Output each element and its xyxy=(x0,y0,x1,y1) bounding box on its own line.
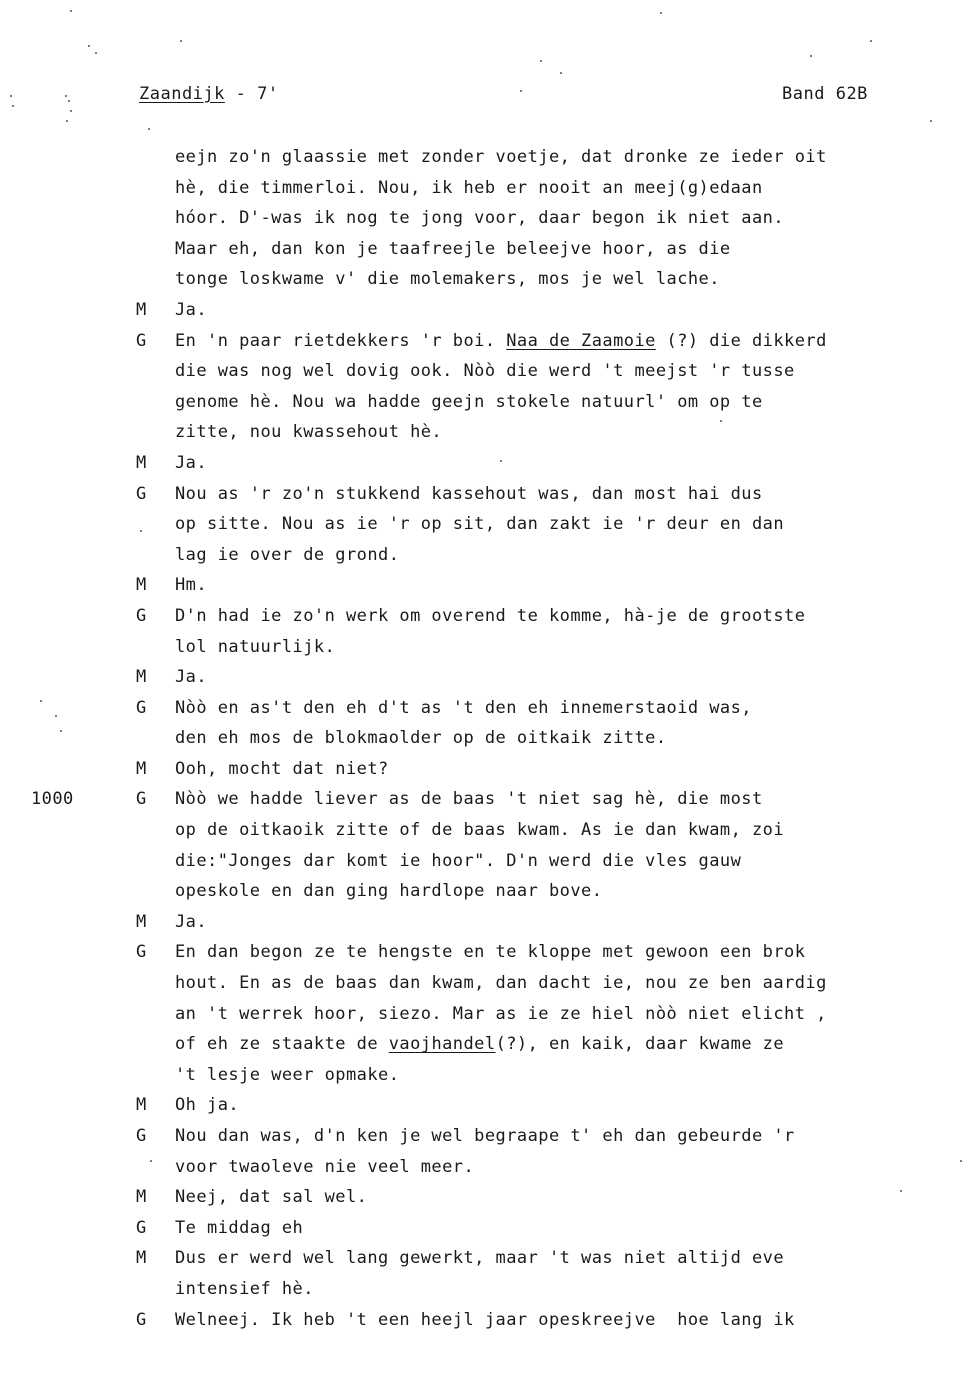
text-segment: eejn zo'n glaassie met zonder voetje, da… xyxy=(175,147,827,167)
speck xyxy=(60,730,62,732)
speck xyxy=(10,95,12,97)
text-segment: En dan begon ze te hengste en te kloppe … xyxy=(175,942,805,962)
speaker-label: M xyxy=(136,448,147,479)
line-text: die:"Jonges dar komt ie hoor". D'n werd … xyxy=(175,846,741,877)
speaker-label: G xyxy=(136,693,147,724)
speck xyxy=(12,105,14,107)
text-segment: 't lesje weer opmake. xyxy=(175,1065,399,1085)
transcript-line: die was nog wel dovig ook. Nòò die werd … xyxy=(0,356,973,387)
transcript-line: an 't werrek hoor, siezo. Mar as ie ze h… xyxy=(0,999,973,1030)
line-text: Neej, dat sal wel. xyxy=(175,1182,367,1213)
speck xyxy=(88,45,90,47)
line-text: Welneej. Ik heb 't een heejl jaar opeskr… xyxy=(175,1305,795,1336)
transcript-page: Zaandijk - 7' Band 62B eejn zo'n glaassi… xyxy=(0,0,973,1388)
text-segment: die:"Jonges dar komt ie hoor". D'n werd … xyxy=(175,851,741,871)
speck xyxy=(66,120,68,122)
text-segment: Ja. xyxy=(175,300,207,320)
speck xyxy=(520,90,522,92)
text-segment: Nòò en as't den eh d't as 't den eh inne… xyxy=(175,698,752,718)
transcript-line: MOoh, mocht dat niet? xyxy=(0,754,973,785)
transcript-line: MHm. xyxy=(0,570,973,601)
speck xyxy=(930,120,932,122)
text-segment: an 't werrek hoor, siezo. Mar as ie ze h… xyxy=(175,1004,827,1024)
text-segment: opeskole en dan ging hardlope naar bove. xyxy=(175,881,602,901)
line-text: Nou as 'r zo'n stukkend kassehout was, d… xyxy=(175,479,763,510)
text-segment: den eh mos de blokmaolder op de oitkaik … xyxy=(175,728,667,748)
text-segment: die was nog wel dovig ook. Nòò die werd … xyxy=(175,361,795,381)
line-text: Te middag eh xyxy=(175,1213,303,1244)
text-segment: D'n had ie zo'n werk om overend te komme… xyxy=(175,606,805,626)
speaker-label: M xyxy=(136,1243,147,1274)
text-segment: op de oitkaoik zitte of de baas kwam. As… xyxy=(175,820,784,840)
speaker-label: M xyxy=(136,570,147,601)
text-segment: lag ie over de grond. xyxy=(175,545,399,565)
text-segment: Neej, dat sal wel. xyxy=(175,1187,367,1207)
text-segment: genome hè. Nou wa hadde geejn stokele na… xyxy=(175,392,763,412)
text-segment: hout. En as de baas dan kwam, dan dacht … xyxy=(175,973,827,993)
line-text: Hm. xyxy=(175,570,207,601)
text-segment: Nou as 'r zo'n stukkend kassehout was, d… xyxy=(175,484,763,504)
tape-counter: 1000 xyxy=(31,784,74,815)
text-segment: lol natuurlijk. xyxy=(175,637,335,657)
text-segment: Te middag eh xyxy=(175,1218,303,1238)
transcript-line: lol natuurlijk. xyxy=(0,632,973,663)
line-text: die was nog wel dovig ook. Nòò die werd … xyxy=(175,356,795,387)
transcript-line: 't lesje weer opmake. xyxy=(0,1060,973,1091)
transcript-line: GEn dan begon ze te hengste en te kloppe… xyxy=(0,937,973,968)
text-segment: Welneej. Ik heb 't een heejl jaar opeskr… xyxy=(175,1310,795,1330)
line-text: D'n had ie zo'n werk om overend te komme… xyxy=(175,601,805,632)
transcript-line: hout. En as de baas dan kwam, dan dacht … xyxy=(0,968,973,999)
transcript-line: op de oitkaoik zitte of de baas kwam. As… xyxy=(0,815,973,846)
transcript-body: eejn zo'n glaassie met zonder voetje, da… xyxy=(0,142,973,1335)
speaker-label: G xyxy=(136,1121,147,1152)
transcript-line: GNou dan was, d'n ken je wel begraape t'… xyxy=(0,1121,973,1152)
uncertain-term: vaojhandel xyxy=(389,1034,496,1054)
speck xyxy=(40,700,42,702)
text-segment: Ooh, mocht dat niet? xyxy=(175,759,389,779)
transcript-line: tonge loskwame v' die molemakers, mos je… xyxy=(0,264,973,295)
line-text: Nòò we hadde liever as de baas 't niet s… xyxy=(175,784,763,815)
speck xyxy=(65,95,67,97)
transcript-line: intensief hè. xyxy=(0,1274,973,1305)
speaker-label: G xyxy=(136,601,147,632)
tape-label: Band xyxy=(782,84,825,104)
transcript-line: MJa. xyxy=(0,448,973,479)
text-segment: Maar eh, dan kon je taafreejle beleejve … xyxy=(175,239,731,259)
text-segment: Dus er werd wel lang gewerkt, maar 't wa… xyxy=(175,1248,784,1268)
transcript-line: GNou as 'r zo'n stukkend kassehout was, … xyxy=(0,479,973,510)
speaker-label: M xyxy=(136,907,147,938)
text-segment: zitte, nou kwassehout hè. xyxy=(175,422,442,442)
speck xyxy=(95,52,97,54)
speck xyxy=(960,1160,962,1162)
speaker-label: M xyxy=(136,1090,147,1121)
transcript-line: lag ie over de grond. xyxy=(0,540,973,571)
text-segment: hè, die timmerloi. Nou, ik heb er nooit … xyxy=(175,178,763,198)
line-text: genome hè. Nou wa hadde geejn stokele na… xyxy=(175,387,763,418)
line-text: tonge loskwame v' die molemakers, mos je… xyxy=(175,264,720,295)
transcript-line: MOh ja. xyxy=(0,1090,973,1121)
text-segment: Nou dan was, d'n ken je wel begraape t' … xyxy=(175,1126,795,1146)
line-text: hout. En as de baas dan kwam, dan dacht … xyxy=(175,968,827,999)
line-text: Nòò en as't den eh d't as 't den eh inne… xyxy=(175,693,752,724)
speck xyxy=(55,715,57,717)
line-text: Nou dan was, d'n ken je wel begraape t' … xyxy=(175,1121,795,1152)
line-text: Ja. xyxy=(175,295,207,326)
line-text: Ooh, mocht dat niet? xyxy=(175,754,389,785)
location-title: Zaandijk xyxy=(139,84,225,104)
text-segment: tonge loskwame v' die molemakers, mos je… xyxy=(175,269,720,289)
speaker-label: M xyxy=(136,295,147,326)
line-text: op de oitkaoik zitte of de baas kwam. As… xyxy=(175,815,784,846)
speck xyxy=(148,128,150,130)
speck xyxy=(68,100,70,102)
transcript-line: den eh mos de blokmaolder op de oitkaik … xyxy=(0,723,973,754)
text-segment: (?), en kaik, daar kwame ze xyxy=(496,1034,785,1054)
speck xyxy=(540,60,542,62)
text-segment: voor twaoleve nie veel meer. xyxy=(175,1157,474,1177)
transcript-line: GTe middag eh xyxy=(0,1213,973,1244)
line-text: eejn zo'n glaassie met zonder voetje, da… xyxy=(175,142,827,173)
line-text: 't lesje weer opmake. xyxy=(175,1060,399,1091)
transcript-line: hè, die timmerloi. Nou, ik heb er nooit … xyxy=(0,173,973,204)
speck xyxy=(900,1190,902,1192)
line-text: op sitte. Nou as ie 'r op sit, dan zakt … xyxy=(175,509,784,540)
speck xyxy=(720,420,722,422)
transcript-line: 1000GNòò we hadde liever as de baas 't n… xyxy=(0,784,973,815)
line-text: lol natuurlijk. xyxy=(175,632,335,663)
speck xyxy=(810,55,812,57)
transcript-line: GWelneej. Ik heb 't een heejl jaar opesk… xyxy=(0,1305,973,1336)
text-segment: intensief hè. xyxy=(175,1279,314,1299)
transcript-line: die:"Jonges dar komt ie hoor". D'n werd … xyxy=(0,846,973,877)
text-segment: Ja. xyxy=(175,667,207,687)
text-segment: op sitte. Nou as ie 'r op sit, dan zakt … xyxy=(175,514,784,534)
transcript-line: genome hè. Nou wa hadde geejn stokele na… xyxy=(0,387,973,418)
transcript-line: MNeej, dat sal wel. xyxy=(0,1182,973,1213)
header-separator: - xyxy=(225,84,257,104)
line-text: intensief hè. xyxy=(175,1274,314,1305)
speck xyxy=(70,10,72,12)
speck xyxy=(660,12,662,14)
line-text: Oh ja. xyxy=(175,1090,239,1121)
text-segment: Ja. xyxy=(175,453,207,473)
transcript-line: hóor. D'-was ik nog te jong voor, daar b… xyxy=(0,203,973,234)
line-text: Ja. xyxy=(175,448,207,479)
speaker-label: M xyxy=(136,662,147,693)
text-segment: Oh ja. xyxy=(175,1095,239,1115)
line-text: lag ie over de grond. xyxy=(175,540,399,571)
transcript-line: GNòò en as't den eh d't as 't den eh inn… xyxy=(0,693,973,724)
text-segment: Nòò we hadde liever as de baas 't niet s… xyxy=(175,789,763,809)
speck xyxy=(870,40,872,42)
line-text: zitte, nou kwassehout hè. xyxy=(175,417,442,448)
transcript-line: MJa. xyxy=(0,295,973,326)
speaker-label: G xyxy=(136,1213,147,1244)
transcript-line: zitte, nou kwassehout hè. xyxy=(0,417,973,448)
transcript-line: GEn 'n paar rietdekkers 'r boi. Naa de Z… xyxy=(0,326,973,357)
speck xyxy=(150,1160,152,1162)
line-text: Ja. xyxy=(175,907,207,938)
transcript-line: op sitte. Nou as ie 'r op sit, dan zakt … xyxy=(0,509,973,540)
speck xyxy=(70,110,72,112)
speaker-label: G xyxy=(136,1305,147,1336)
transcript-line: eejn zo'n glaassie met zonder voetje, da… xyxy=(0,142,973,173)
speaker-label: M xyxy=(136,1182,147,1213)
transcript-line: Maar eh, dan kon je taafreejle beleejve … xyxy=(0,234,973,265)
text-segment: En 'n paar rietdekkers 'r boi. xyxy=(175,331,506,351)
speck xyxy=(560,72,562,74)
line-text: voor twaoleve nie veel meer. xyxy=(175,1152,474,1183)
text-segment: of eh ze staakte de xyxy=(175,1034,389,1054)
transcript-line: MJa. xyxy=(0,662,973,693)
line-text: hóor. D'-was ik nog te jong voor, daar b… xyxy=(175,203,784,234)
line-text: hè, die timmerloi. Nou, ik heb er nooit … xyxy=(175,173,763,204)
line-text: opeskole en dan ging hardlope naar bove. xyxy=(175,876,602,907)
uncertain-term: Naa de Zaamoie xyxy=(506,331,656,351)
line-text: Maar eh, dan kon je taafreejle beleejve … xyxy=(175,234,731,265)
line-text: an 't werrek hoor, siezo. Mar as ie ze h… xyxy=(175,999,827,1030)
page-header-left: Zaandijk - 7' xyxy=(139,84,279,104)
transcript-line: MDus er werd wel lang gewerkt, maar 't w… xyxy=(0,1243,973,1274)
transcript-line: MJa. xyxy=(0,907,973,938)
line-text: En dan begon ze te hengste en te kloppe … xyxy=(175,937,805,968)
text-segment: Ja. xyxy=(175,912,207,932)
text-segment: hóor. D'-was ik nog te jong voor, daar b… xyxy=(175,208,784,228)
page-header-right: Band 62B xyxy=(782,84,868,104)
line-text: of eh ze staakte de vaojhandel(?), en ka… xyxy=(175,1029,784,1060)
line-text: den eh mos de blokmaolder op de oitkaik … xyxy=(175,723,667,754)
transcript-line: opeskole en dan ging hardlope naar bove. xyxy=(0,876,973,907)
text-segment: Hm. xyxy=(175,575,207,595)
speck xyxy=(180,40,182,42)
transcript-line: GD'n had ie zo'n werk om overend te komm… xyxy=(0,601,973,632)
line-text: Dus er werd wel lang gewerkt, maar 't wa… xyxy=(175,1243,784,1274)
text-segment: (?) die dikkerd xyxy=(656,331,827,351)
page-number: 7' xyxy=(257,84,278,104)
speaker-label: G xyxy=(136,479,147,510)
tape-number: 62B xyxy=(836,84,868,104)
transcript-line: of eh ze staakte de vaojhandel(?), en ka… xyxy=(0,1029,973,1060)
speaker-label: M xyxy=(136,754,147,785)
speaker-label: G xyxy=(136,937,147,968)
line-text: En 'n paar rietdekkers 'r boi. Naa de Za… xyxy=(175,326,827,357)
speaker-label: G xyxy=(136,784,147,815)
line-text: Ja. xyxy=(175,662,207,693)
speck xyxy=(500,460,502,462)
transcript-line: voor twaoleve nie veel meer. xyxy=(0,1152,973,1183)
speck xyxy=(140,530,142,532)
speaker-label: G xyxy=(136,326,147,357)
